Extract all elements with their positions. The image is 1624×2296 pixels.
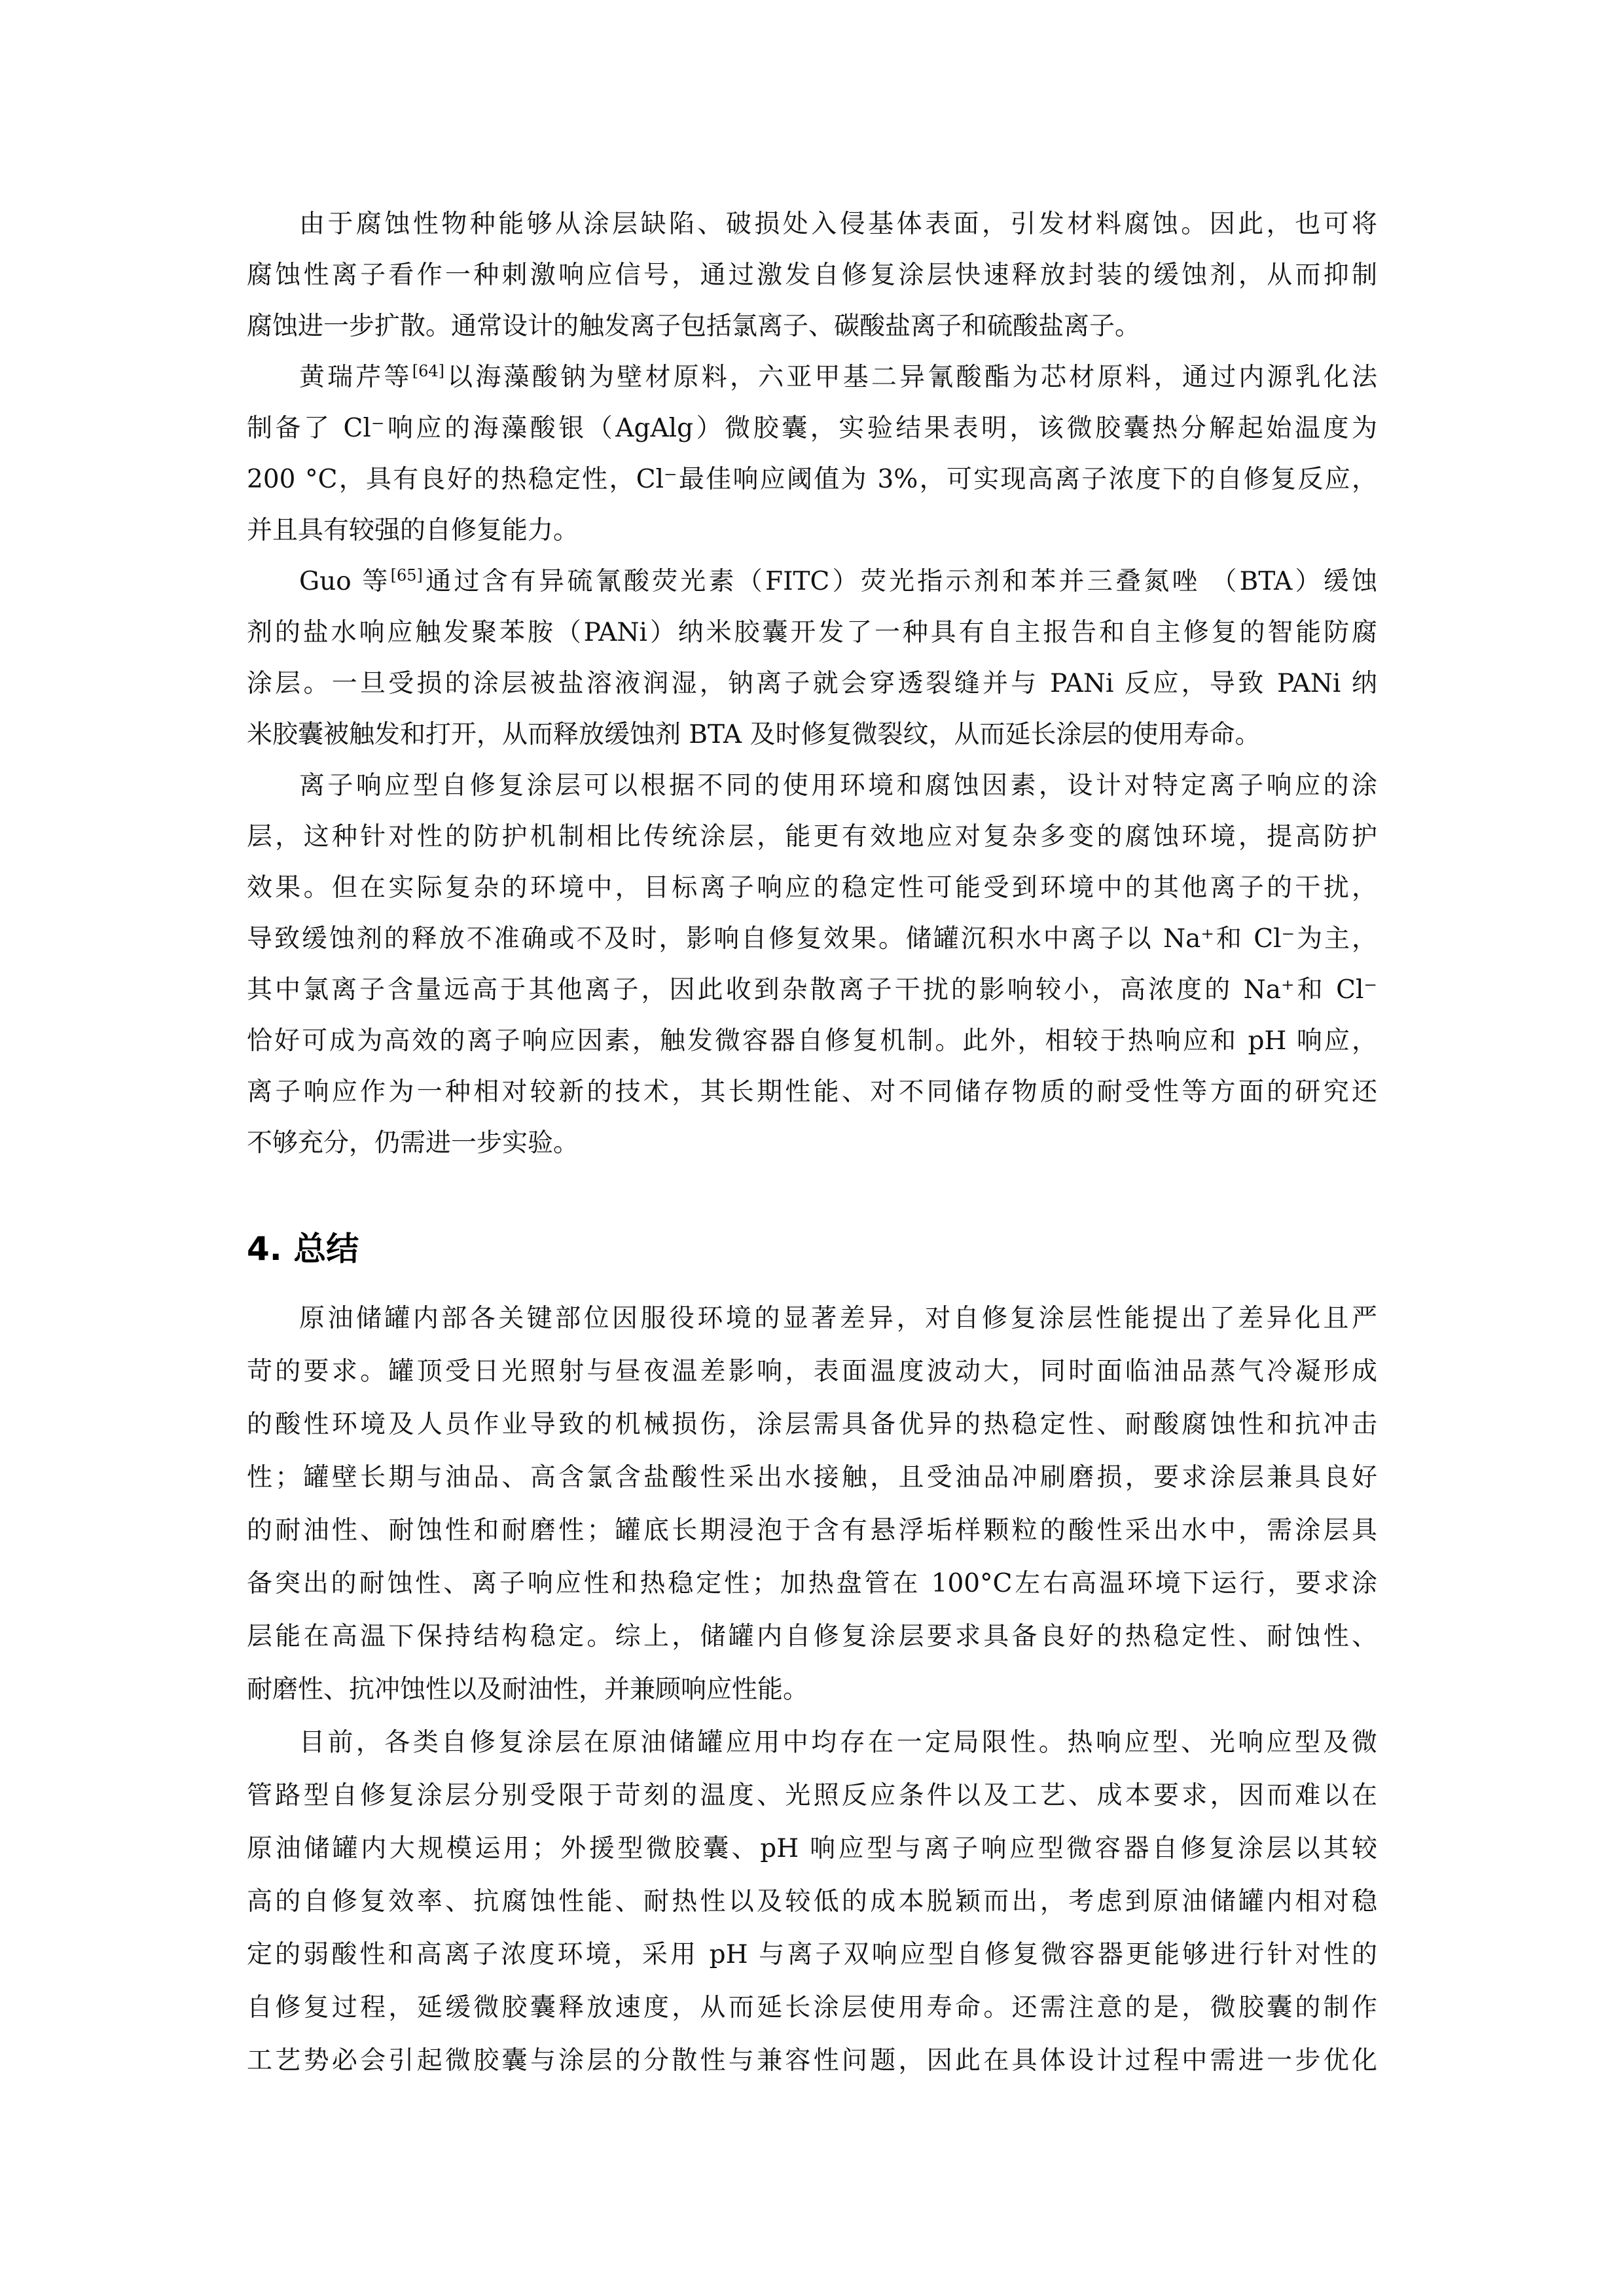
- text-line: 性；罐壁长期与油品、高含氯含盐酸性采出水接触，且受油品冲刷磨损，要求涂层兼具良好: [247, 1458, 1377, 1498]
- section-heading: 4. 总结: [247, 1226, 359, 1272]
- citation-superscript: [65]: [391, 566, 423, 584]
- text-line: 由于腐蚀性物种能够从涂层缺陷、破损处入侵基体表面，引发材料腐蚀。因此，也可将: [247, 205, 1377, 244]
- text-line: 目前，各类自修复涂层在原油储罐应用中均存在一定局限性。热响应型、光响应型及微: [247, 1723, 1377, 1763]
- paper-page: 由于腐蚀性物种能够从涂层缺陷、破损处入侵基体表面，引发材料腐蚀。因此，也可将 腐…: [0, 0, 1624, 2296]
- text-line: 不够充分，仍需进一步实验。: [247, 1124, 1377, 1163]
- text-line: 黄瑞芹等[64]以海藻酸钠为壁材原料，六亚甲基二异氰酸酯为芯材原料，通过内源乳化…: [247, 358, 1377, 397]
- text-line: 备突出的耐蚀性、离子响应性和热稳定性；加热盘管在 100°C左右高温环境下运行，…: [247, 1564, 1377, 1604]
- text-line: 定的弱酸性和高离子浓度环境，采用 pH 与离子双响应型自修复微容器更能够进行针对…: [247, 1935, 1377, 1975]
- text-line: 腐蚀性离子看作一种刺激响应信号，通过激发自修复涂层快速释放封装的缓蚀剂，从而抑制: [247, 256, 1377, 295]
- text-line: 其中氯离子含量远高于其他离子，因此收到杂散离子干扰的影响较小，高浓度的 Na⁺和…: [247, 971, 1377, 1010]
- text-line: 工艺势必会引起微胶囊与涂层的分散性与兼容性问题，因此在具体设计过程中需进一步优化: [247, 2041, 1377, 2081]
- text-line: 层，这种针对性的防护机制相比传统涂层，能更有效地应对复杂多变的腐蚀环境，提高防护: [247, 817, 1377, 857]
- text-line: Guo 等[65]通过含有异硫氰酸荧光素（FITC）荧光指示剂和苯并三叠氮唑 （…: [247, 562, 1377, 601]
- text-line: 剂的盐水响应触发聚苯胺（PANi）纳米胶囊开发了一种具有自主报告和自主修复的智能…: [247, 613, 1377, 653]
- text-line: 制备了 Cl⁻响应的海藻酸银（AgAlg）微胶囊，实验结果表明，该微胶囊热分解起…: [247, 409, 1377, 448]
- text-line: 苛的要求。罐顶受日光照射与昼夜温差影响，表面温度波动大，同时面临油品蒸气冷凝形成: [247, 1352, 1377, 1391]
- text-line: 原油储罐内部各关键部位因服役环境的显著差异，对自修复涂层性能提出了差异化且严: [247, 1299, 1377, 1338]
- text-line: 的耐油性、耐蚀性和耐磨性；罐底长期浸泡于含有悬浮垢样颗粒的酸性采出水中，需涂层具: [247, 1511, 1377, 1551]
- text-line: 的酸性环境及人员作业导致的机械损伤，涂层需具备优异的热稳定性、耐酸腐蚀性和抗冲击: [247, 1405, 1377, 1444]
- text-line: 原油储罐内大规模运用；外援型微胶囊、pH 响应型与离子响应型微容器自修复涂层以其…: [247, 1829, 1377, 1869]
- text-line: 恰好可成为高效的离子响应因素，触发微容器自修复机制。此外，相较于热响应和 pH …: [247, 1022, 1377, 1061]
- text-line: 效果。但在实际复杂的环境中，目标离子响应的稳定性可能受到环境中的其他离子的干扰，: [247, 869, 1377, 908]
- text-line: 耐磨性、抗冲蚀性以及耐油性，并兼顾响应性能。: [247, 1670, 1377, 1710]
- text-line: 涂层。一旦受损的涂层被盐溶液润湿，钠离子就会穿透裂缝并与 PANi 反应，导致 …: [247, 664, 1377, 704]
- text-line: 自修复过程，延缓微胶囊释放速度，从而延长涂层使用寿命。还需注意的是，微胶囊的制作: [247, 1988, 1377, 2028]
- text-line: 离子响应作为一种相对较新的技术，其长期性能、对不同储存物质的耐受性等方面的研究还: [247, 1073, 1377, 1112]
- text-line: 高的自修复效率、抗腐蚀性能、耐热性以及较低的成本脱颖而出，考虑到原油储罐内相对稳: [247, 1882, 1377, 1922]
- text-line: 导致缓蚀剂的释放不准确或不及时，影响自修复效果。储罐沉积水中离子以 Na⁺和 C…: [247, 920, 1377, 959]
- text-line: 并且具有较强的自修复能力。: [247, 511, 1377, 550]
- text-line: 200 °C，具有良好的热稳定性，Cl⁻最佳响应阈值为 3%，可实现高离子浓度下…: [247, 460, 1377, 499]
- text-column: 由于腐蚀性物种能够从涂层缺陷、破损处入侵基体表面，引发材料腐蚀。因此，也可将 腐…: [247, 0, 1377, 2296]
- text-line: 层能在高温下保持结构稳定。综上，储罐内自修复涂层要求具备良好的热稳定性、耐蚀性、: [247, 1617, 1377, 1657]
- text-line: 米胶囊被触发和打开，从而释放缓蚀剂 BTA 及时修复微裂纹，从而延长涂层的使用寿…: [247, 715, 1377, 755]
- text-line: 管路型自修复涂层分别受限于苛刻的温度、光照反应条件以及工艺、成本要求，因而难以在: [247, 1776, 1377, 1816]
- text-line: 腐蚀进一步扩散。通常设计的触发离子包括氯离子、碳酸盐离子和硫酸盐离子。: [247, 307, 1377, 346]
- text-line: 离子响应型自修复涂层可以根据不同的使用环境和腐蚀因素，设计对特定离子响应的涂: [247, 766, 1377, 806]
- citation-superscript: [64]: [412, 362, 444, 380]
